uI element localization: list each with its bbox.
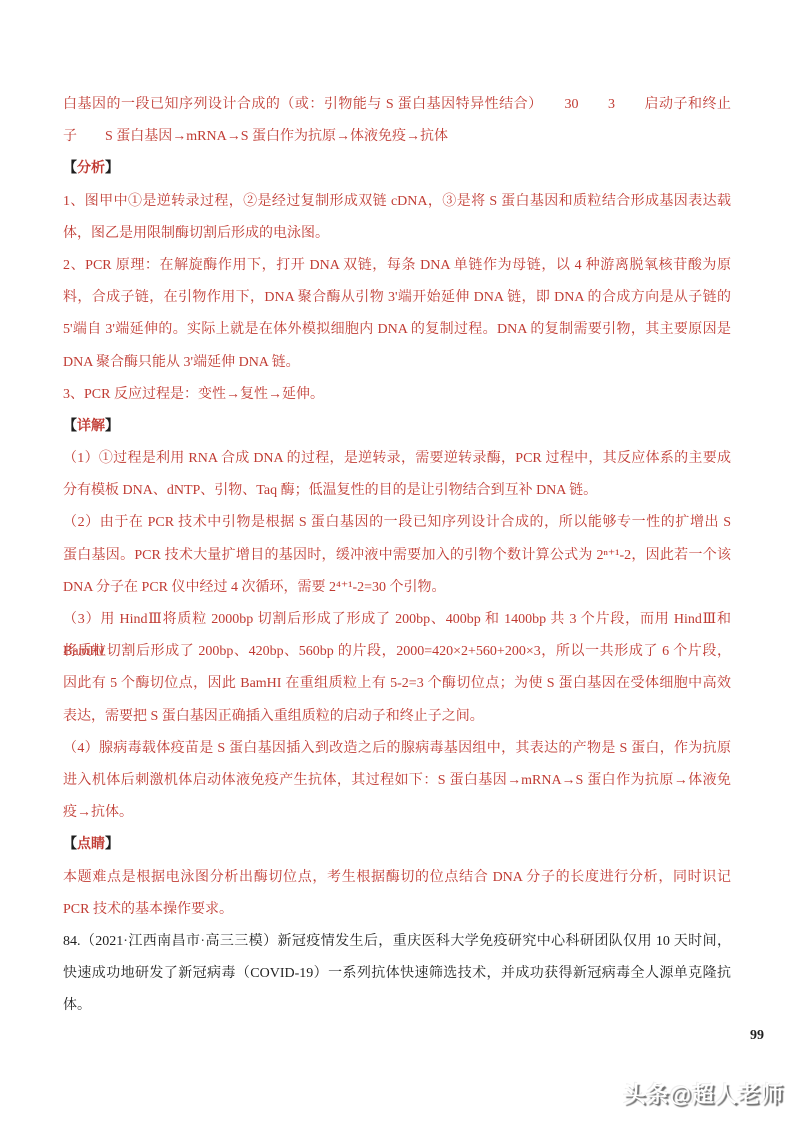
text-line: 白基因的一段已知序列设计合成的（或：引物能与 S 蛋白基因特异性结合） 30 3… [63,89,731,121]
text-segment: 5'端自 3'端延伸的。实际上就是在体外模拟细胞内 DNA 的复制过程。DNA … [63,322,731,337]
text-segment: 点睛 [77,837,105,852]
text-segment: 1、图甲中①是逆转录过程，②是经过复制形成双链 cDNA，③是将 S 蛋白基因和… [63,194,731,209]
section-header-line: 【详解】 [63,411,731,443]
text-segment: 体。 [63,998,91,1013]
text-line: 2、PCR 原理：在解旋酶作用下，打开 DNA 双链，每条 DNA 单链作为母链… [63,250,731,282]
document-lines: 白基因的一段已知序列设计合成的（或：引物能与 S 蛋白基因特异性结合） 30 3… [63,89,731,1022]
text-line: 1、图甲中①是逆转录过程，②是经过复制形成双链 cDNA，③是将 S 蛋白基因和… [63,186,731,218]
text-line: 快速成功地研发了新冠病毒（COVID-19）一系列抗体快速筛选技术，并成功获得新… [63,958,731,990]
text-segment: （1）①过程是利用 RNA 合成 DNA 的过程，是逆转录，需要逆转录酶，PCR… [63,451,731,466]
text-line: 蛋白基因。PCR 技术大量扩增目的基因时，缓冲液中需要加入的引物个数计算公式为 … [63,540,731,572]
text-segment: 【 [63,837,77,852]
text-segment: 3、PCR 反应过程是：变性→复性→延伸。 [63,387,324,402]
text-line: （2）由于在 PCR 技术中引物是根据 S 蛋白基因的一段已知序列设计合成的，所… [63,507,731,539]
text-line: 本题难点是根据电泳图分析出酶切位点，考生根据酶切的位点结合 DNA 分子的长度进… [63,862,731,894]
text-line: 将质粒切割后形成了 200bp、420bp、560bp 的片段，2000=420… [63,636,731,668]
text-segment: 本题难点是根据电泳图分析出酶切位点，考生根据酶切的位点结合 DNA 分子的长度进… [63,870,731,885]
text-segment: 体，图乙是用限制酶切割后形成的电泳图。 [63,226,329,241]
text-segment: 【 [63,161,77,176]
text-segment: 表达，需要把 S 蛋白基因正确插入重组质粒的启动子和终止子之间。 [63,709,484,724]
watermark: 头条@超人老师 [624,1078,784,1109]
text-segment: 】 [105,161,119,176]
text-segment: DNA 分子在 PCR 仪中经过 4 次循环，需要 2⁴⁺¹-2=30 个引物。 [63,580,446,595]
text-segment: 因此有 5 个酶切位点，因此 BamHI 在重组质粒上有 5-2=3 个酶切位点… [63,676,731,691]
text-line: （4）腺病毒载体疫苗是 S 蛋白基因插入到改造之后的腺病毒基因组中，其表达的产物… [63,733,731,765]
text-segment: 进入机体后刺激机体启动体液免疫产生抗体，其过程如下：S 蛋白基因→mRNA→S … [63,773,731,788]
page-number: 99 [750,1028,764,1044]
text-segment: 】 [105,419,119,434]
text-line: 3、PCR 反应过程是：变性→复性→延伸。 [63,379,731,411]
text-segment: 快速成功地研发了新冠病毒（COVID-19）一系列抗体快速筛选技术，并成功获得新… [63,966,731,981]
section-header-line: 【点睛】 [63,829,731,861]
text-line: 表达，需要把 S 蛋白基因正确插入重组质粒的启动子和终止子之间。 [63,701,731,733]
text-segment: 将质粒切割后形成了 200bp、420bp、560bp 的片段，2000=420… [63,644,731,659]
text-line: （1）①过程是利用 RNA 合成 DNA 的过程，是逆转录，需要逆转录酶，PCR… [63,443,731,475]
text-line: 分有模板 DNA、dNTP、引物、Taq 酶；低温复性的目的是让引物结合到互补 … [63,475,731,507]
text-segment: 分析 [77,161,105,176]
text-segment: 详解 [77,419,105,434]
text-line: 体，图乙是用限制酶切割后形成的电泳图。 [63,218,731,250]
text-line: （3）用 HindⅢ将质粒 2000bp 切割后形成了形成了 200bp、400… [63,604,731,636]
text-line: 体。 [63,990,731,1022]
text-line: 进入机体后刺激机体启动体液免疫产生抗体，其过程如下：S 蛋白基因→mRNA→S … [63,765,731,797]
text-line: 因此有 5 个酶切位点，因此 BamHI 在重组质粒上有 5-2=3 个酶切位点… [63,668,731,700]
text-segment: 蛋白基因。PCR 技术大量扩增目的基因时，缓冲液中需要加入的引物个数计算公式为 … [63,548,731,563]
text-line: 子 S 蛋白基因→mRNA→S 蛋白作为抗原→体液免疫→抗体 [63,121,731,153]
text-segment: 白基因的一段已知序列设计合成的（或：引物能与 S 蛋白基因特异性结合） 30 3… [63,97,731,112]
text-segment: （4）腺病毒载体疫苗是 S 蛋白基因插入到改造之后的腺病毒基因组中，其表达的产物… [63,741,731,756]
text-segment: 】 [105,837,119,852]
text-segment: PCR 技术的基本操作要求。 [63,902,233,917]
text-segment: 84.（2021·江西南昌市·高三三模）新冠疫情发生后，重庆医科大学免疫研究中心… [63,934,731,949]
text-line: 5'端自 3'端延伸的。实际上就是在体外模拟细胞内 DNA 的复制过程。DNA … [63,314,731,346]
text-segment: DNA 聚合酶只能从 3'端延伸 DNA 链。 [63,355,300,370]
text-segment: 料，合成子链，在引物作用下，DNA 聚合酶从引物 3'端开始延伸 DNA 链，即… [63,290,731,305]
text-line: DNA 分子在 PCR 仪中经过 4 次循环，需要 2⁴⁺¹-2=30 个引物。 [63,572,731,604]
text-line: 疫→抗体。 [63,797,731,829]
text-segment: 子 S 蛋白基因→mRNA→S 蛋白作为抗原→体液免疫→抗体 [63,129,448,144]
section-header-line: 【分析】 [63,153,731,185]
document-page: 白基因的一段已知序列设计合成的（或：引物能与 S 蛋白基因特异性结合） 30 3… [0,0,794,1123]
text-segment: 【 [63,419,77,434]
text-line: DNA 聚合酶只能从 3'端延伸 DNA 链。 [63,347,731,379]
text-line: 料，合成子链，在引物作用下，DNA 聚合酶从引物 3'端开始延伸 DNA 链，即… [63,282,731,314]
text-segment: 疫→抗体。 [63,805,133,820]
text-line: PCR 技术的基本操作要求。 [63,894,731,926]
text-line: 84.（2021·江西南昌市·高三三模）新冠疫情发生后，重庆医科大学免疫研究中心… [63,926,731,958]
text-segment: 2、PCR 原理：在解旋酶作用下，打开 DNA 双链，每条 DNA 单链作为母链… [63,258,731,273]
text-segment: 分有模板 DNA、dNTP、引物、Taq 酶；低温复性的目的是让引物结合到互补 … [63,483,597,498]
text-segment: （2）由于在 PCR 技术中引物是根据 S 蛋白基因的一段已知序列设计合成的，所… [63,515,731,530]
